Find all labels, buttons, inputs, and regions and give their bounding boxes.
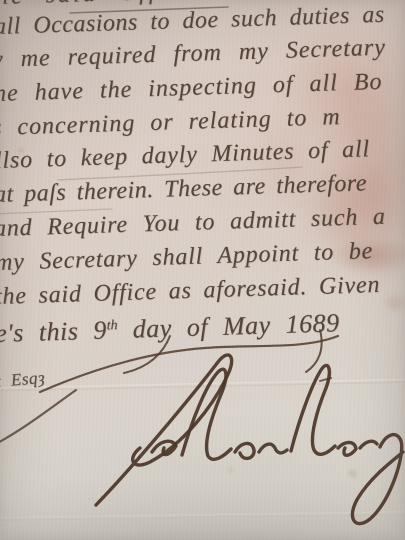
manuscript-line: my Secretary shall Appoint to be	[0, 237, 373, 277]
foxing-spot	[348, 470, 357, 477]
manuscript-line: and Require You to admitt such a	[0, 203, 386, 243]
manuscript-line: s concerning or relating to m	[0, 103, 341, 142]
manuscript-date-line: e's this 9th day of May 1689	[0, 305, 340, 348]
date-ordinal-suffix: th	[106, 318, 117, 333]
manuscript-line: y me required from my Secretary	[0, 34, 386, 74]
manuscript-line: at paſs therein. These are therefore	[0, 169, 367, 209]
date-text: day of May 1689	[117, 308, 340, 344]
foxing-spot	[228, 468, 233, 472]
fold-crease	[0, 511, 405, 521]
date-text: e's this 9	[0, 315, 107, 347]
manuscript-line: llso to keep dayly Minutes of all	[0, 135, 370, 175]
margin-note-esq: t Esqȝ	[0, 364, 46, 396]
manuscript-line: he have the inspecting of all Bo	[0, 68, 383, 108]
foxing-spot	[381, 292, 405, 314]
fold-crease	[0, 379, 405, 392]
manuscript-photo: he said Office all Occasions to doe such…	[0, 0, 405, 540]
